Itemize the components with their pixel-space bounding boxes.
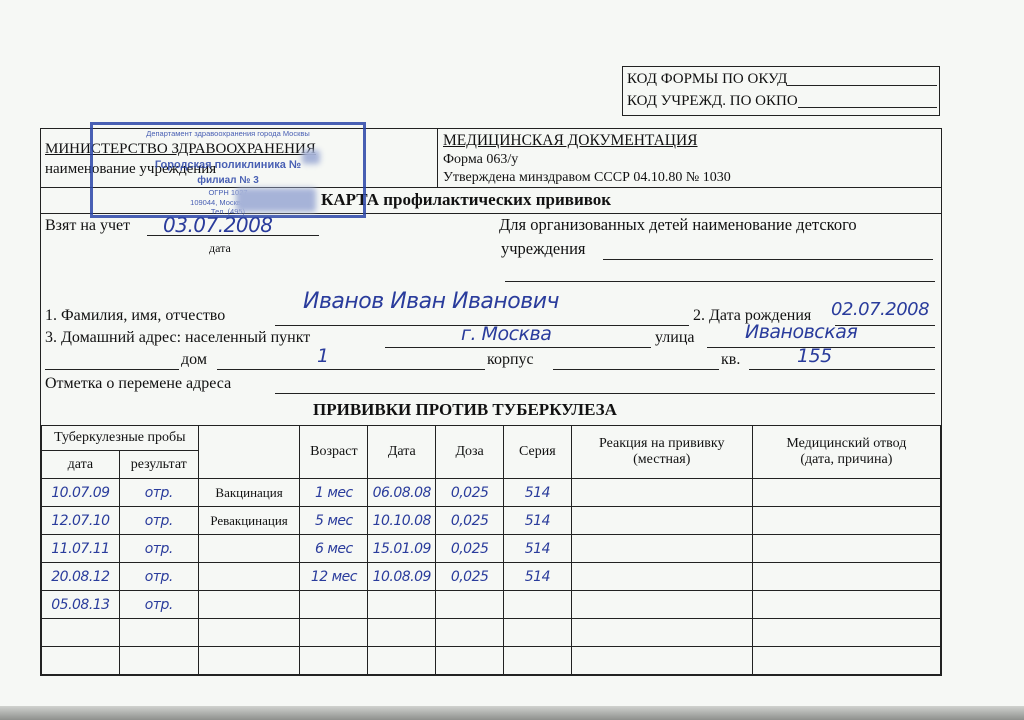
redacted-area — [236, 188, 316, 212]
cell-reaction[interactable] — [571, 563, 752, 591]
cell-reaction[interactable] — [571, 647, 752, 675]
cell-dose[interactable] — [436, 591, 504, 619]
cell-reaction[interactable] — [571, 535, 752, 563]
cell-date[interactable]: 10.08.09 — [368, 563, 436, 591]
cell-test-result[interactable]: отр. — [119, 563, 198, 591]
header-test-date: дата — [42, 451, 120, 479]
cell-dose[interactable]: 0,025 — [436, 479, 504, 507]
stamp-line-6: Тел. (495) — [93, 207, 363, 216]
cell-series[interactable] — [504, 619, 572, 647]
cell-dose[interactable]: 0,025 — [436, 507, 504, 535]
org-children-label-2: учреждения — [501, 239, 586, 259]
cell-type[interactable]: Ревакцинация — [198, 507, 300, 535]
cell-test-date[interactable] — [42, 619, 120, 647]
cell-date[interactable]: 06.08.08 — [368, 479, 436, 507]
cell-date[interactable] — [368, 619, 436, 647]
cell-date[interactable] — [368, 591, 436, 619]
stamp-line-5: 109044, Москва, Восс — [93, 198, 363, 207]
cell-reaction[interactable] — [571, 591, 752, 619]
cell-date[interactable] — [368, 647, 436, 675]
city-value: г. Москва — [461, 323, 551, 345]
apt-label: кв. — [721, 351, 740, 369]
page-edge — [0, 706, 1024, 720]
header-tests: Туберкулезные пробы — [42, 426, 199, 451]
apt-value: 155 — [797, 345, 832, 367]
institution-stamp: Департамент здравоохранения города Москв… — [90, 122, 366, 218]
stamp-line-2: Городская поликлиника № — [93, 159, 363, 171]
cell-reaction[interactable] — [571, 479, 752, 507]
building-label: корпус — [487, 351, 534, 369]
okud-label: КОД ФОРМЫ ПО ОКУД — [627, 68, 787, 90]
tb-section-title: ПРИВИВКИ ПРОТИВ ТУБЕРКУЛЕЗА — [313, 400, 617, 420]
address-change-field[interactable] — [275, 375, 935, 394]
org-children-label: Для организованных детей наименование де… — [499, 215, 857, 235]
cell-type[interactable] — [198, 619, 300, 647]
cell-test-date[interactable]: 20.08.12 — [42, 563, 120, 591]
table-row: 10.07.09отр.Вакцинация1 мес06.08.080,025… — [42, 479, 941, 507]
cell-series[interactable]: 514 — [504, 535, 572, 563]
cell-age[interactable]: 1 мес — [300, 479, 368, 507]
tb-vaccination-table: Туберкулезные пробы Возраст Дата Доза Се… — [41, 425, 941, 675]
cell-series[interactable]: 514 — [504, 479, 572, 507]
table-row: 12.07.10отр.Ревакцинация5 мес10.10.080,0… — [42, 507, 941, 535]
cell-type[interactable] — [198, 535, 300, 563]
cell-test-result[interactable]: отр. — [119, 535, 198, 563]
table-row: 20.08.12отр.12 мес10.08.090,025514 — [42, 563, 941, 591]
cell-dose[interactable]: 0,025 — [436, 535, 504, 563]
form-codes-box: КОД ФОРМЫ ПО ОКУД КОД УЧРЕЖД. ПО ОКПО — [622, 66, 940, 116]
cell-test-result[interactable]: отр. — [119, 507, 198, 535]
name-label: 1. Фамилия, имя, отчество — [45, 307, 225, 325]
cell-exemption[interactable] — [752, 591, 940, 619]
cell-test-result[interactable] — [119, 647, 198, 675]
cell-age[interactable] — [300, 647, 368, 675]
street-value: Ивановская — [745, 321, 857, 343]
header-exemption: Медицинский отвод(дата, причина) — [752, 426, 940, 479]
cell-test-date[interactable] — [42, 647, 120, 675]
address-label: 3. Домашний адрес: населенный пункт — [45, 329, 310, 347]
okpo-field[interactable] — [798, 107, 937, 108]
cell-exemption[interactable] — [752, 647, 940, 675]
org-institution-field-2[interactable] — [505, 263, 935, 282]
cell-test-date[interactable]: 05.08.13 — [42, 591, 120, 619]
apt-field[interactable] — [749, 351, 935, 370]
cell-series[interactable]: 514 — [504, 563, 572, 591]
cell-age[interactable] — [300, 619, 368, 647]
cell-age[interactable]: 5 мес — [300, 507, 368, 535]
cell-age[interactable]: 6 мес — [300, 535, 368, 563]
redacted-number — [302, 150, 320, 164]
okpo-label: КОД УЧРЕЖД. ПО ОКПО — [627, 90, 798, 112]
header-age: Возраст — [300, 426, 368, 479]
cell-test-result[interactable]: отр. — [119, 591, 198, 619]
table-row — [42, 647, 941, 675]
house-field[interactable] — [217, 351, 485, 370]
cell-type[interactable]: Вакцинация — [198, 479, 300, 507]
cell-exemption[interactable] — [752, 479, 940, 507]
cell-type[interactable] — [198, 591, 300, 619]
cell-exemption[interactable] — [752, 563, 940, 591]
cell-series[interactable] — [504, 591, 572, 619]
header-date: Дата — [368, 426, 436, 479]
street-label: улица — [655, 329, 695, 347]
form-number: Форма 063/у — [443, 152, 518, 168]
med-doc-title: МЕДИЦИНСКАЯ ДОКУМЕНТАЦИЯ — [443, 132, 698, 150]
header-series: Серия — [504, 426, 572, 479]
cell-reaction[interactable] — [571, 619, 752, 647]
table-row: 05.08.13отр. — [42, 591, 941, 619]
cell-dose[interactable] — [436, 619, 504, 647]
stamp-line-1: Департамент здравоохранения города Москв… — [93, 129, 363, 138]
cell-age[interactable]: 12 мес — [300, 563, 368, 591]
stamp-line-3: филиал № 3 — [93, 175, 363, 186]
approval-note: Утверждена минздравом СССР 04.10.80 № 10… — [443, 170, 731, 186]
cell-age[interactable] — [300, 591, 368, 619]
cell-exemption[interactable] — [752, 619, 940, 647]
table-row: 11.07.11отр.6 мес15.01.090,025514 — [42, 535, 941, 563]
house-value: 1 — [317, 345, 329, 367]
org-institution-field[interactable] — [603, 241, 933, 260]
cell-series[interactable]: 514 — [504, 507, 572, 535]
okud-field[interactable] — [787, 85, 937, 86]
registration-label: Взят на учет — [45, 217, 130, 235]
header-dose: Доза — [436, 426, 504, 479]
name-value: Иванов Иван Иванович — [303, 289, 559, 314]
cell-series[interactable] — [504, 647, 572, 675]
cell-reaction[interactable] — [571, 507, 752, 535]
address-extra-field[interactable] — [45, 351, 179, 370]
cell-exemption[interactable] — [752, 535, 940, 563]
cell-test-result[interactable] — [119, 619, 198, 647]
cell-test-date[interactable]: 12.07.10 — [42, 507, 120, 535]
header-type — [198, 426, 300, 479]
cell-dose[interactable] — [436, 647, 504, 675]
registration-date-caption: дата — [209, 241, 231, 256]
header-test-result: результат — [119, 451, 198, 479]
cell-test-result[interactable]: отр. — [119, 479, 198, 507]
cell-test-date[interactable]: 11.07.11 — [42, 535, 120, 563]
header-reaction: Реакция на прививку(местная) — [571, 426, 752, 479]
table-row — [42, 619, 941, 647]
cell-exemption[interactable] — [752, 507, 940, 535]
cell-type[interactable] — [198, 563, 300, 591]
address-change-label: Отметка о перемене адреса — [45, 375, 231, 393]
cell-date[interactable]: 10.10.08 — [368, 507, 436, 535]
stamp-line-4: ОГРН 1027 — [93, 188, 363, 197]
house-label: дом — [181, 351, 207, 369]
cell-test-date[interactable]: 10.07.09 — [42, 479, 120, 507]
building-field[interactable] — [553, 351, 719, 370]
dob-value: 02.07.2008 — [831, 299, 929, 320]
cell-date[interactable]: 15.01.09 — [368, 535, 436, 563]
cell-dose[interactable]: 0,025 — [436, 563, 504, 591]
cell-type[interactable] — [198, 647, 300, 675]
